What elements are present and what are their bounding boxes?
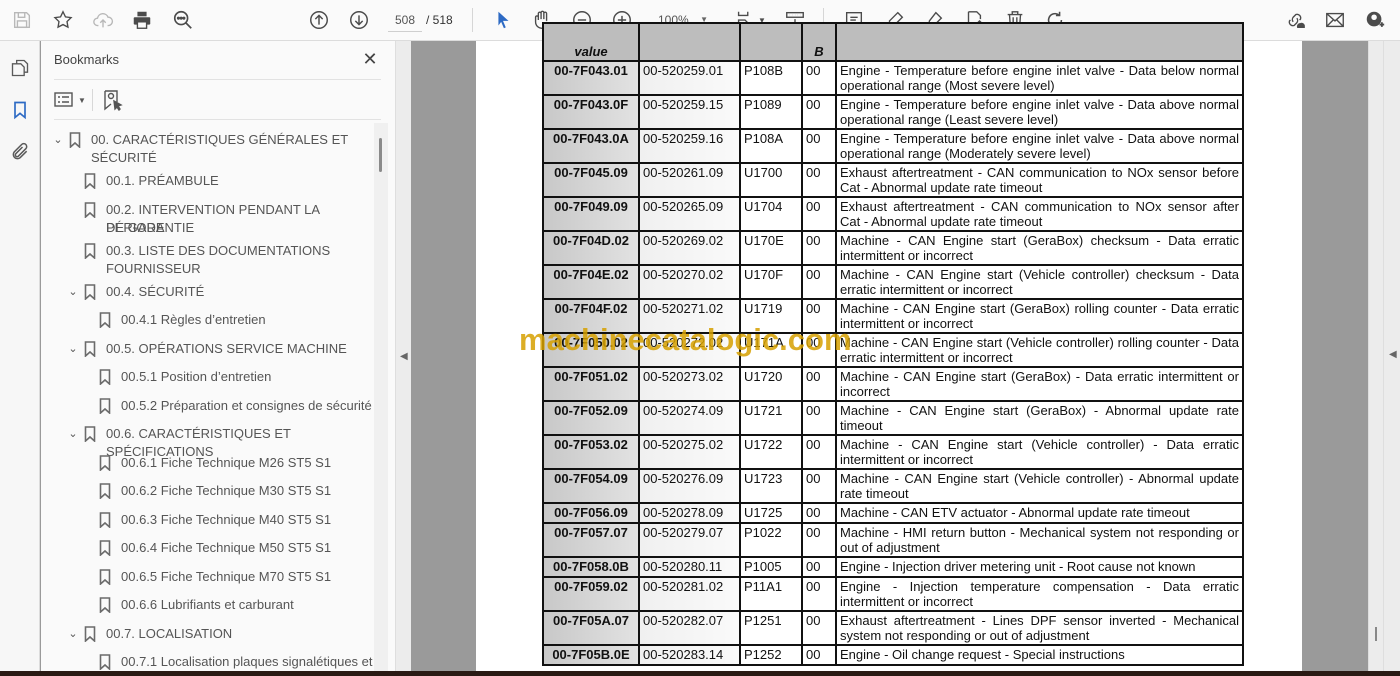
hex-value-cell: 00-7F053.02	[543, 435, 639, 469]
add-user-icon[interactable]	[1361, 6, 1389, 34]
watermark: machinecatalogic.com	[519, 322, 852, 358]
bookmark-flag-icon	[99, 569, 111, 585]
table-header-row: value B	[543, 23, 1243, 61]
chevron-down-icon[interactable]: ⌄	[51, 131, 65, 149]
dtc-code-cell: P1005	[740, 557, 802, 577]
table-row: 00-7F05B.0E00-520283.14P125200Engine - O…	[543, 645, 1243, 665]
fmi-cell: 00	[802, 129, 836, 163]
bookmark-label: 00.6.2 Fiche Technique M30 ST5 S1	[121, 482, 331, 500]
page-number-input[interactable]: 508	[388, 8, 422, 32]
bookmark-flag-icon	[99, 455, 111, 471]
error-description-cell: Engine - Oil change request - Special in…	[836, 645, 1243, 665]
taskbar-edge	[0, 671, 1400, 676]
dtc-code-cell: U1720	[740, 367, 802, 401]
table-row: 00-7F045.0900-520261.09U170000Exhaust af…	[543, 163, 1243, 197]
error-description-cell: Exhaust aftertreatment - Lines DPF senso…	[836, 611, 1243, 645]
bookmark-label-line2: DE GARANTIE	[106, 219, 194, 237]
dtc-code-cell: P1089	[740, 95, 802, 129]
table-row: 00-7F043.0100-520259.01P108B00Engine - T…	[543, 61, 1243, 95]
fmi-cell: 00	[802, 61, 836, 95]
bookmark-scrollbar[interactable]	[374, 123, 388, 671]
fmi-cell: 00	[802, 645, 836, 665]
decimal-value-cell: 00-520274.09	[639, 401, 740, 435]
bookmark-label: 00.7.1 Localisation plaques signalétique…	[121, 653, 373, 671]
dtc-code-cell: P1022	[740, 523, 802, 557]
bookmark-label: 00.6.1 Fiche Technique M26 ST5 S1	[121, 454, 331, 472]
bookmark-label: 00.6.4 Fiche Technique M50 ST5 S1	[121, 539, 331, 557]
attachments-icon[interactable]	[8, 140, 32, 164]
page-up-icon[interactable]	[305, 6, 333, 34]
header-dtc-code	[740, 23, 802, 61]
navigation-rail	[0, 41, 40, 676]
hex-value-cell: 00-7F045.09	[543, 163, 639, 197]
toolbar-divider	[472, 8, 473, 32]
bookmark-label-line2: SÉCURITÉ	[91, 149, 157, 167]
save-icon[interactable]	[8, 6, 36, 34]
scrollbar-thumb[interactable]	[379, 138, 382, 172]
bookmark-label-line2: FOURNISSEUR	[106, 260, 201, 278]
error-description-cell: Machine - CAN Engine start (GeraBox) - A…	[836, 401, 1243, 435]
fmi-cell: 00	[802, 401, 836, 435]
decimal-value-cell: 00-520283.14	[639, 645, 740, 665]
fmi-cell: 00	[802, 557, 836, 577]
panel-title: Bookmarks	[54, 52, 119, 67]
bookmarks-icon[interactable]	[8, 98, 32, 122]
dtc-code-cell: U1700	[740, 163, 802, 197]
chevron-down-icon[interactable]: ⌄	[66, 625, 80, 643]
bookmark-label: 00.5.1 Position d’entretien	[121, 368, 271, 386]
table-row: 00-7F059.0200-520281.02P11A100Engine - I…	[543, 577, 1243, 611]
fmi-cell: 00	[802, 503, 836, 523]
decimal-value-cell: 00-520279.07	[639, 523, 740, 557]
bookmark-label: 00.4. SÉCURITÉ	[106, 283, 204, 301]
header-error-description	[836, 23, 1243, 61]
table-row: 00-7F052.0900-520274.09U172100Machine - …	[543, 401, 1243, 435]
bookmark-label: 00.5. OPÉRATIONS SERVICE MACHINE	[106, 340, 347, 358]
fmi-cell: 00	[802, 367, 836, 401]
dtc-code-cell: U170F	[740, 265, 802, 299]
print-icon[interactable]	[128, 6, 156, 34]
page-down-icon[interactable]	[345, 6, 373, 34]
error-description-cell: Machine - CAN ETV actuator - Abnormal up…	[836, 503, 1243, 523]
hex-value-cell: 00-7F04E.02	[543, 265, 639, 299]
dtc-code-cell: U1722	[740, 435, 802, 469]
chevron-down-icon: ▼	[78, 96, 86, 105]
bookmark-label: 00.7. LOCALISATION	[106, 625, 232, 643]
zoom-search-icon[interactable]	[169, 6, 197, 34]
error-description-cell: Exhaust aftertreatment - CAN communicati…	[836, 163, 1243, 197]
bookmark-options-button[interactable]: ▼	[54, 87, 86, 113]
cloud-upload-icon[interactable]	[89, 6, 117, 34]
dtc-code-cell: U170E	[740, 231, 802, 265]
divider	[54, 79, 381, 80]
fmi-cell: 00	[802, 231, 836, 265]
share-link-icon[interactable]	[1281, 6, 1309, 34]
error-description-cell: Machine - CAN Engine start (Vehicle cont…	[836, 435, 1243, 469]
decimal-value-cell: 00-520280.11	[639, 557, 740, 577]
bookmark-label: 00.5.2 Préparation et consignes de sécur…	[121, 397, 372, 415]
table-row: 00-7F058.0B00-520280.11P100500Engine - I…	[543, 557, 1243, 577]
divider	[1383, 41, 1384, 676]
fmi-cell: 00	[802, 469, 836, 503]
bookmark-flag-icon	[84, 426, 96, 442]
dtc-code-cell: U1725	[740, 503, 802, 523]
decimal-value-cell: 00-520269.02	[639, 231, 740, 265]
header-fmi: B	[802, 23, 836, 61]
find-bookmark-button[interactable]	[102, 87, 124, 113]
error-description-cell: Engine - Temperature before engine inlet…	[836, 95, 1243, 129]
bookmark-label: 00.3. LISTE DES DOCUMENTATIONS	[106, 242, 330, 260]
table-row: 00-7F043.0A00-520259.16P108A00Engine - T…	[543, 129, 1243, 163]
hex-value-cell: 00-7F058.0B	[543, 557, 639, 577]
hex-value-cell: 00-7F057.07	[543, 523, 639, 557]
bookmark-flag-icon	[99, 597, 111, 613]
decimal-value-cell: 00-520282.07	[639, 611, 740, 645]
decimal-value-cell: 00-520259.01	[639, 61, 740, 95]
error-description-cell: Engine - Injection driver metering unit …	[836, 557, 1243, 577]
close-icon[interactable]: ✕	[359, 48, 381, 70]
decimal-value-cell: 00-520273.02	[639, 367, 740, 401]
fmi-cell: 00	[802, 265, 836, 299]
fmi-cell: 00	[802, 577, 836, 611]
hex-value-cell: 00-7F056.09	[543, 503, 639, 523]
bookmark-tree: ⌄00. CARACTÉRISTIQUES GÉNÉRALES ETSÉCURI…	[41, 123, 375, 676]
decimal-value-cell: 00-520278.09	[639, 503, 740, 523]
bookmark-flag-icon	[99, 398, 111, 414]
decimal-value-cell: 00-520270.02	[639, 265, 740, 299]
bookmark-label: 00.4.1 Règles d’entretien	[121, 311, 266, 329]
decimal-value-cell: 00-520259.15	[639, 95, 740, 129]
table-row: 00-7F051.0200-520273.02U172000Machine - …	[543, 367, 1243, 401]
fmi-cell: 00	[802, 435, 836, 469]
hex-value-cell: 00-7F054.09	[543, 469, 639, 503]
dtc-code-cell: P108A	[740, 129, 802, 163]
chevron-down-icon[interactable]: ⌄	[66, 283, 80, 301]
select-cursor-icon[interactable]	[489, 6, 517, 34]
bookmark-flag-icon	[84, 626, 96, 642]
dtc-code-cell: P108B	[740, 61, 802, 95]
dtc-code-cell: U1704	[740, 197, 802, 231]
divider	[92, 89, 93, 111]
error-description-cell: Engine - Injection temperature compensat…	[836, 577, 1243, 611]
dtc-code-cell: U1721	[740, 401, 802, 435]
bookmark-flag-icon	[99, 540, 111, 556]
hex-value-cell: 00-7F043.0F	[543, 95, 639, 129]
decimal-value-cell: 00-520259.16	[639, 129, 740, 163]
hex-value-cell: 00-7F05A.07	[543, 611, 639, 645]
page-total: / 518	[426, 8, 453, 32]
hex-value-cell: 00-7F059.02	[543, 577, 639, 611]
decimal-value-cell: 00-520261.09	[639, 163, 740, 197]
decimal-value-cell: 00-520281.02	[639, 577, 740, 611]
table-row: 00-7F056.0900-520278.09U172500Machine - …	[543, 503, 1243, 523]
table-row: 00-7F053.0200-520275.02U172200Machine - …	[543, 435, 1243, 469]
table-row: 00-7F05A.0700-520282.07P125100Exhaust af…	[543, 611, 1243, 645]
header-decimal-value	[639, 23, 740, 61]
hex-value-cell: 00-7F043.01	[543, 61, 639, 95]
bookmark-flag-icon	[99, 483, 111, 499]
dtc-code-cell: P1252	[740, 645, 802, 665]
collapse-left-icon[interactable]: ◀	[400, 351, 408, 362]
error-description-cell: Engine - Temperature before engine inlet…	[836, 129, 1243, 163]
hex-value-cell: 00-7F051.02	[543, 367, 639, 401]
error-description-cell: Machine - HMI return button - Mechanical…	[836, 523, 1243, 557]
hex-value-cell: 00-7F04D.02	[543, 231, 639, 265]
bookmark-flag-icon	[99, 312, 111, 328]
fmi-cell: 00	[802, 197, 836, 231]
error-description-cell: Machine - CAN Engine start (GeraBox) - D…	[836, 367, 1243, 401]
decimal-value-cell: 00-520276.09	[639, 469, 740, 503]
bookmark-star-icon[interactable]	[49, 6, 77, 34]
hex-value-cell: 00-7F049.09	[543, 197, 639, 231]
dtc-code-cell: U1723	[740, 469, 802, 503]
bookmark-label: 00.1. PRÉAMBULE	[106, 172, 219, 190]
error-description-cell: Machine - CAN Engine start (GeraBox) che…	[836, 231, 1243, 265]
table-row: 00-7F043.0F00-520259.15P108900Engine - T…	[543, 95, 1243, 129]
bookmarks-panel: Bookmarks ✕ ▼ ⌄00. CARACTÉRISTIQUES GÉNÉ…	[41, 41, 395, 676]
bookmark-flag-icon	[84, 173, 96, 189]
decimal-value-cell: 00-520275.02	[639, 435, 740, 469]
hex-value-cell: 00-7F052.09	[543, 401, 639, 435]
table-row: 00-7F04D.0200-520269.02U170E00Machine - …	[543, 231, 1243, 265]
bookmark-flag-icon	[99, 654, 111, 670]
hex-value-cell: 00-7F043.0A	[543, 129, 639, 163]
table-row: 00-7F057.0700-520279.07P102200Machine - …	[543, 523, 1243, 557]
decimal-value-cell: 00-520265.09	[639, 197, 740, 231]
error-description-cell: Exhaust aftertreatment - CAN communicati…	[836, 197, 1243, 231]
fmi-cell: 00	[802, 95, 836, 129]
bookmark-flag-icon	[84, 243, 96, 259]
error-description-cell: Engine - Temperature before engine inlet…	[836, 61, 1243, 95]
bookmark-label: 00.6.6 Lubrifiants et carburant	[121, 596, 294, 614]
table-row: 00-7F04E.0200-520270.02U170F00Machine - …	[543, 265, 1243, 299]
document-scrollbar-thumb[interactable]	[1375, 627, 1377, 641]
divider	[54, 119, 381, 120]
dtc-code-cell: P11A1	[740, 577, 802, 611]
table-row: 00-7F049.0900-520265.09U170400Exhaust af…	[543, 197, 1243, 231]
table-row: 00-7F054.0900-520276.09U172300Machine - …	[543, 469, 1243, 503]
right-pane: ◀	[1368, 41, 1400, 676]
bookmark-label: 00.6.5 Fiche Technique M70 ST5 S1	[121, 568, 331, 586]
error-description-cell: Machine - CAN Engine start (Vehicle cont…	[836, 333, 1243, 367]
fmi-cell: 00	[802, 163, 836, 197]
fmi-cell: 00	[802, 523, 836, 557]
bookmark-label: 00. CARACTÉRISTIQUES GÉNÉRALES ET	[91, 131, 348, 149]
page-thumbnails-icon[interactable]	[8, 56, 32, 80]
bookmark-flag-icon	[84, 284, 96, 300]
chevron-down-icon[interactable]: ⌄	[66, 340, 80, 358]
header-hex-value: value	[543, 23, 639, 61]
bookmark-flag-icon	[99, 512, 111, 528]
bookmark-flag-icon	[69, 132, 81, 148]
bookmark-flag-icon	[99, 369, 111, 385]
email-icon[interactable]	[1321, 6, 1349, 34]
fmi-cell: 00	[802, 611, 836, 645]
bookmark-label: 00.6.3 Fiche Technique M40 ST5 S1	[121, 511, 331, 529]
dtc-code-cell: P1251	[740, 611, 802, 645]
error-description-cell: Machine - CAN Engine start (Vehicle cont…	[836, 265, 1243, 299]
chevron-down-icon[interactable]: ⌄	[66, 425, 80, 443]
error-description-cell: Machine - CAN Engine start (Vehicle cont…	[836, 469, 1243, 503]
hex-value-cell: 00-7F05B.0E	[543, 645, 639, 665]
bookmark-flag-icon	[84, 202, 96, 218]
error-description-cell: Machine - CAN Engine start (GeraBox) rol…	[836, 299, 1243, 333]
panel-splitter[interactable]: ◀	[395, 41, 411, 676]
bookmark-flag-icon	[84, 341, 96, 357]
expand-right-icon[interactable]: ◀	[1389, 349, 1397, 360]
